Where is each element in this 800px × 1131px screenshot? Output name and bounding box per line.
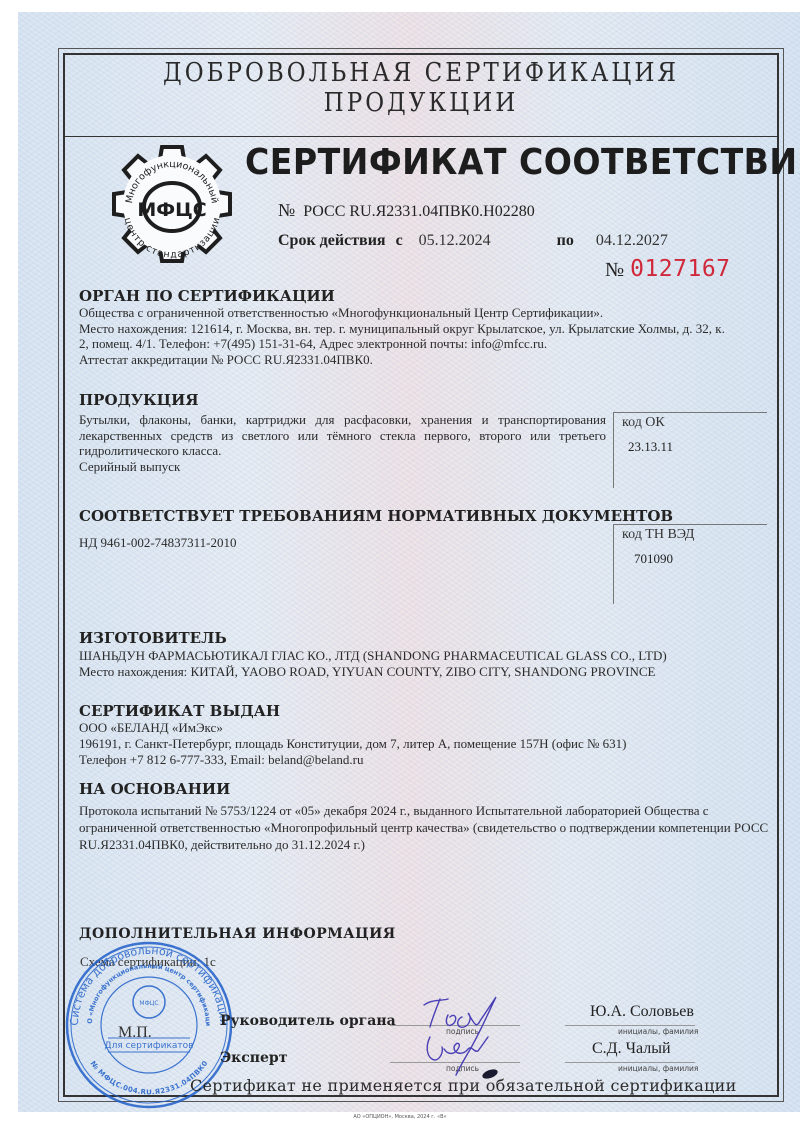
expert-name-caption: инициалы, фамилия	[618, 1064, 698, 1073]
head-name: Ю.А. Соловьев	[590, 1003, 694, 1021]
validity-from-label: с	[396, 232, 403, 249]
manufacturer-address: Место нахождения: КИТАЙ, YAOBO ROAD, YIY…	[79, 664, 656, 680]
serial-number: №0127167	[605, 256, 731, 282]
serial-number-sign: №	[605, 259, 624, 281]
valid-to: 04.12.2027	[596, 232, 668, 249]
validity-label: Срок действия	[278, 232, 386, 249]
tnved-code-value: 701090	[634, 551, 673, 567]
issued-to-address: 196191, г. Санкт-Петербург, площадь Конс…	[79, 736, 626, 752]
ok-code-box: код ОК 23.13.11	[613, 412, 767, 488]
certification-body-line: Общества с ограниченной ответственностью…	[79, 305, 779, 321]
issued-to-contacts: Телефон +7 812 6-777-333, Email: beland@…	[79, 752, 364, 768]
certification-body-line: Место нахождения: 121614, г. Москва, вн.…	[79, 321, 779, 337]
expert-role-label: Эксперт	[220, 1050, 287, 1066]
certification-body-line: Аттестат аккредитации № РОСС RU.Я2331.04…	[79, 352, 779, 368]
product-description: Бутылки, флаконы, банки, картриджи для р…	[79, 412, 606, 459]
certification-body-line: 2, помещ. 4/1. Телефон: +7(495) 151-31-6…	[79, 336, 779, 352]
expert-name: С.Д. Чалый	[592, 1040, 671, 1058]
manufacturer-name: ШАНЬДУН ФАРМАСЬЮТИКАЛ ГЛАС КО., ЛТД (SHA…	[79, 648, 667, 664]
compliance-title: СООТВЕТСТВУЕТ ТРЕБОВАНИЯМ НОРМАТИВНЫХ ДО…	[79, 507, 673, 525]
head-name-line	[565, 1025, 695, 1026]
svg-text:МФЦС: МФЦС	[139, 1000, 158, 1007]
validity-to-label: по	[557, 232, 574, 249]
certificate-number: №РОСС RU.Я2331.04ПВК0.Н02280	[278, 200, 535, 221]
printer-imprint: АО «ОПЦИОН», Москва, 2024 г. «В»	[0, 1114, 800, 1120]
head-name-caption: инициалы, фамилия	[618, 1027, 698, 1036]
head-role-label: Руководитель органа	[220, 1013, 396, 1029]
number-sign: №	[278, 200, 295, 220]
certification-body-details: Общества с ограниченной ответственностью…	[79, 305, 779, 367]
basis-text: Протокола испытаний № 5753/1224 от «05» …	[79, 802, 779, 853]
head-signature-icon	[418, 993, 508, 1078]
valid-from: 05.12.2024	[419, 232, 491, 249]
issued-to-name: ООО «БЕЛАНД «ИмЭкс»	[79, 720, 223, 736]
certificate-title: СЕРТИФИКАТ СООТВЕТСТВИЯ	[245, 142, 723, 183]
tnved-code-label: код ТН ВЭД	[622, 527, 694, 543]
certification-body-title: ОРГАН ПО СЕРТИФИКАЦИИ	[79, 287, 335, 305]
normative-document: НД 9461-002-74837311-2010	[79, 535, 237, 551]
certificate-number-value: РОСС RU.Я2331.04ПВК0.Н02280	[303, 203, 535, 220]
tnved-code-box: код ТН ВЭД 701090	[613, 524, 767, 604]
validity-period: Срок действия с 05.12.2024 по 04.12.2027	[278, 232, 668, 250]
svg-text:МФЦС: МФЦС	[137, 199, 206, 221]
product-release: Серийный выпуск	[79, 459, 180, 475]
serial-number-value: 0127167	[630, 256, 730, 282]
disclaimer: Сертификат не применяется при обязательн…	[190, 1076, 737, 1095]
svg-text:Для сертификатов: Для сертификатов	[105, 1041, 194, 1051]
ok-code-label: код ОК	[622, 415, 665, 431]
mfcs-gear-logo-icon: МФЦС Многофункциональный центр стандарти…	[106, 137, 238, 269]
product-title: ПРОДУКЦИЯ	[79, 391, 199, 409]
issued-to-title: СЕРТИФИКАТ ВЫДАН	[79, 702, 280, 720]
manufacturer-title: ИЗГОТОВИТЕЛЬ	[79, 629, 227, 647]
ok-code-value: 23.13.11	[628, 439, 673, 455]
top-heading: ДОБРОВОЛЬНАЯ СЕРТИФИКАЦИЯ ПРОДУКЦИИ	[63, 58, 779, 118]
basis-title: НА ОСНОВАНИИ	[79, 780, 230, 798]
stamp-place-label: М.П.	[118, 1024, 152, 1042]
expert-name-line	[565, 1062, 695, 1063]
